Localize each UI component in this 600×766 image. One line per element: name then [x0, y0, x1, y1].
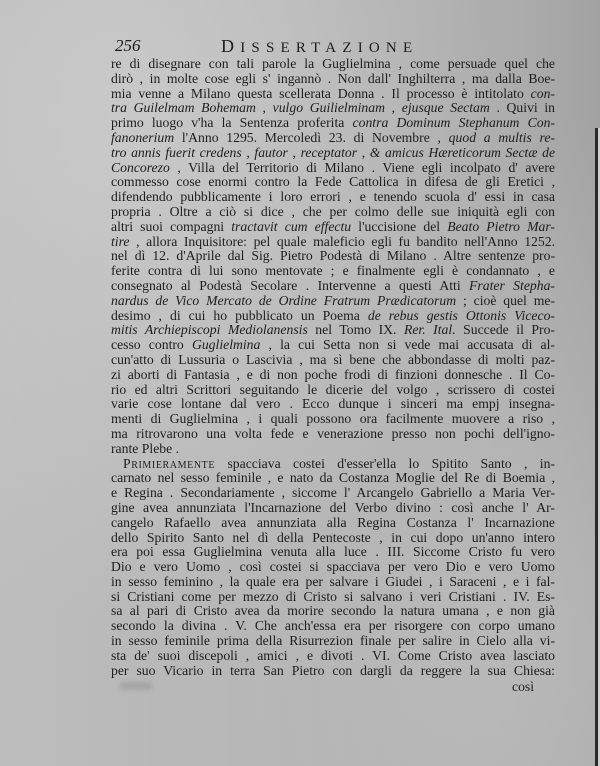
text-line: nel dì 12. d'Aprile dal Sig. Pietro Pode… [111, 249, 555, 264]
text-span: zi aborti di Fantasia , e di non poche f… [111, 367, 555, 382]
text-span: cesso contro [111, 337, 192, 352]
text-line: cun'atto di Lussuria o Lascivia , ma sì … [111, 353, 555, 368]
text-span: in sesso feminile prima della Risurrezio… [111, 633, 555, 648]
italic-text: & amicus Hæreticorum Sectæ de [370, 145, 555, 160]
text-line: sta de' suoi discepoli , amici , e divot… [111, 649, 555, 664]
text-span: secondo la divina . V. Che anch'essa era… [111, 618, 555, 633]
text-span: , Villa del Territorio di Milano . Viene… [170, 160, 555, 175]
text-line: re di disegnare con tali parole la Gugli… [111, 57, 555, 72]
text-line: tra Guilelmam Bohemam , vulgo Guilielmin… [111, 101, 555, 116]
text-span: ma ritrovarono una volta fede e venerazi… [111, 426, 555, 441]
text-line: fanonerium l'Anno 1295. Mercoledì 23. di… [111, 131, 555, 146]
text-line: ferite contra di lui sono mentovate ; e … [111, 264, 555, 279]
body-text: re di disegnare con tali parole la Gugli… [111, 57, 555, 678]
text-line: cangelo Rafaello avea annunziata alla Re… [111, 516, 555, 531]
catchword: così [512, 679, 534, 695]
text-span: carnato nel sesso feminile , e nato da C… [111, 470, 555, 485]
text-span: Dio e vero Uomo , così costei si spaccia… [111, 559, 555, 574]
text-line: rante Plebe . [111, 442, 555, 457]
text-line: per suo Vicario in terra San Pietro con … [111, 664, 555, 679]
italic-text: mitis Archiepiscopi Mediolanensis [111, 322, 308, 337]
text-line: zi aborti di Fantasia , e di non poche f… [111, 368, 555, 383]
text-line: propria . Oltre a ciò si dice , che per … [111, 205, 555, 220]
text-span: . Quivi in [490, 100, 555, 115]
text-span: , [357, 145, 370, 160]
text-span: sta de' suoi discepoli , amici , e divot… [111, 648, 555, 663]
text-line: altri suoi compagni tractavit cum effect… [111, 220, 555, 235]
italic-text: tro annis fuerit credens [111, 145, 242, 160]
text-span: e Regina . Secondariamente , siccome l' … [111, 485, 555, 500]
text-span: , [242, 145, 255, 160]
running-title-rest: ISSERTAZIONE [240, 40, 418, 56]
text-line: mitis Archiepiscopi Mediolanensis nel To… [111, 323, 555, 338]
text-line: tire , allora Inquisitore: pel quale mal… [111, 235, 555, 250]
text-line: gine avea annunziata l'Incarnazione del … [111, 501, 555, 516]
italic-text: Concorezo [111, 160, 170, 175]
text-span: mia venne a Milano questa scellerata Don… [111, 86, 531, 101]
text-line: in sesso feminino , la quale era per sal… [111, 575, 555, 590]
text-span: dello Spirito Santo nel dì della Penteco… [111, 530, 555, 545]
italic-text: nardus de Vico Mercato de Ordine Fratrum… [111, 293, 456, 308]
text-span: spacciava costei d'esser'ella lo Spitito… [215, 456, 555, 471]
text-span: si Cristiani come per mezzo di Cristo si… [111, 589, 555, 604]
text-line: si Cristiani come per mezzo di Cristo si… [111, 590, 555, 605]
text-span: altri suoi compagni [111, 219, 231, 234]
text-span: l'Anno 1295. Mercoledì 23. di Novembre , [174, 130, 449, 145]
text-line: Concorezo , Villa del Territorio di Mila… [111, 161, 555, 176]
text-span: nel dì 12. d'Aprile dal Sig. Pietro Pode… [111, 248, 555, 263]
text-span: sa al pari di Cristo avea da morire seco… [111, 603, 555, 618]
small-caps-text: Primieramente [123, 456, 215, 471]
italic-text: Frater Stepha- [469, 278, 555, 293]
text-span: ferite contra di lui sono mentovate ; e … [111, 263, 555, 278]
italic-text: tire [111, 234, 130, 249]
text-span: menti di Guglielmina , i quali possono o… [111, 411, 555, 426]
ink-smudge [120, 682, 152, 690]
text-span: commesso cose enormi contro la Fede Catt… [111, 174, 555, 189]
text-line: mia venne a Milano questa scellerata Don… [111, 87, 555, 102]
text-line: Dio e vero Uomo , così costei si spaccia… [111, 560, 555, 575]
text-line: desimo , di cui ho pubblicato un Poema d… [111, 309, 555, 324]
text-span: gine avea annunziata l'Incarnazione del … [111, 500, 555, 515]
italic-text: fanonerium [111, 130, 174, 145]
text-line: dirò , in molte cose egli s' ingannò . N… [111, 72, 555, 87]
italic-text: quod a multis re- [449, 130, 555, 145]
text-line: tro annis fuerit credens , fautor , rece… [111, 146, 555, 161]
book-page: 256 DISSERTAZIONE re di disegnare con ta… [0, 0, 600, 766]
italic-text: receptator [301, 145, 358, 160]
text-span: cun'atto di Lussuria o Lascivia , ma sì … [111, 352, 555, 367]
text-span: varie cose lontane dal vero . Ecco dunqu… [111, 396, 555, 411]
text-span: era poi essa Guglielmina venuta alla luc… [111, 544, 555, 559]
text-span: difendendo pubblicamente i loro errori ,… [111, 189, 555, 204]
running-title: DISSERTAZIONE [221, 36, 418, 57]
italic-text: fautor [254, 145, 287, 160]
italic-text: ejusque Sectam [402, 100, 490, 115]
text-span: per suo Vicario in terra San Pietro con … [111, 663, 555, 678]
text-line: e Regina . Secondariamente , siccome l' … [111, 486, 555, 501]
text-span: nel Tomo IX. [308, 322, 404, 337]
text-line: consegnato al Podestà Secolare . Interve… [111, 279, 555, 294]
text-line: era poi essa Guglielmina venuta alla luc… [111, 545, 555, 560]
text-span: desimo , di cui ho pubblicato un Poema [111, 308, 368, 323]
text-line: dello Spirito Santo nel dì della Penteco… [111, 531, 555, 546]
text-span: cangelo Rafaello avea annunziata alla Re… [111, 515, 555, 530]
text-line: secondo la divina . V. Che anch'essa era… [111, 619, 555, 634]
text-line: Primieramente spacciava costei d'esser'e… [111, 457, 555, 472]
text-line: carnato nel sesso feminile , e nato da C… [111, 471, 555, 486]
text-line: difendendo pubblicamente i loro errori ,… [111, 190, 555, 205]
text-line: varie cose lontane dal vero . Ecco dunqu… [111, 397, 555, 412]
text-line: primo luogo v'ha la Sentenza proferita c… [111, 116, 555, 131]
text-line: in sesso feminile prima della Risurrezio… [111, 634, 555, 649]
running-header: 256 DISSERTAZIONE [113, 36, 555, 54]
page-edge-shadow [595, 128, 598, 766]
text-line: sa al pari di Cristo avea da morire seco… [111, 604, 555, 619]
italic-text: Rer. Ital. [404, 322, 456, 337]
text-span: rante Plebe . [111, 441, 179, 456]
running-title-initial: D [221, 36, 240, 56]
italic-text: Beato Pietro Mar- [447, 219, 555, 234]
text-line: nardus de Vico Mercato de Ordine Fratrum… [111, 294, 555, 309]
text-span: dirò , in molte cose egli s' ingannò . N… [111, 71, 555, 86]
text-span: , [256, 100, 273, 115]
italic-text: Guglielmina [192, 337, 260, 352]
page-number: 256 [115, 36, 141, 56]
text-span: , [385, 100, 402, 115]
text-span: primo luogo v'ha la Sentenza proferita [111, 115, 353, 130]
text-span: l'uccisione del [351, 219, 447, 234]
text-line: ma ritrovarono una volta fede e venerazi… [111, 427, 555, 442]
text-span: , allora Inquisitore: pel quale malefici… [130, 234, 556, 249]
italic-text: tra Guilelmam Bohemam [111, 100, 256, 115]
italic-text: de rebus gestis Ottonis Viceco- [368, 308, 555, 323]
text-span: propria . Oltre a ciò si dice , che per … [111, 204, 555, 219]
text-span: rio ed altri Scrittori seguitando le dic… [111, 382, 555, 397]
text-span: , la cui Setta non si vede mai accusata … [260, 337, 555, 352]
text-span: ; cioè quel me- [456, 293, 555, 308]
text-span: Succede il Pro- [456, 322, 555, 337]
italic-text: tractavit cum effectu [231, 219, 351, 234]
text-span: consegnato al Podestà Secolare . Interve… [111, 278, 469, 293]
text-span: re di disegnare con tali parole la Gugli… [111, 56, 555, 71]
text-line: commesso cose enormi contro la Fede Catt… [111, 175, 555, 190]
text-span: , [288, 145, 301, 160]
text-line: rio ed altri Scrittori seguitando le dic… [111, 383, 555, 398]
italic-text: con- [531, 86, 555, 101]
italic-text: vulgo Guilielminam [273, 100, 385, 115]
text-span: in sesso feminino , la quale era per sal… [111, 574, 555, 589]
text-line: cesso contro Guglielmina , la cui Setta … [111, 338, 555, 353]
italic-text: contra Dominum Stephanum Con- [353, 115, 555, 130]
text-line: menti di Guglielmina , i quali possono o… [111, 412, 555, 427]
